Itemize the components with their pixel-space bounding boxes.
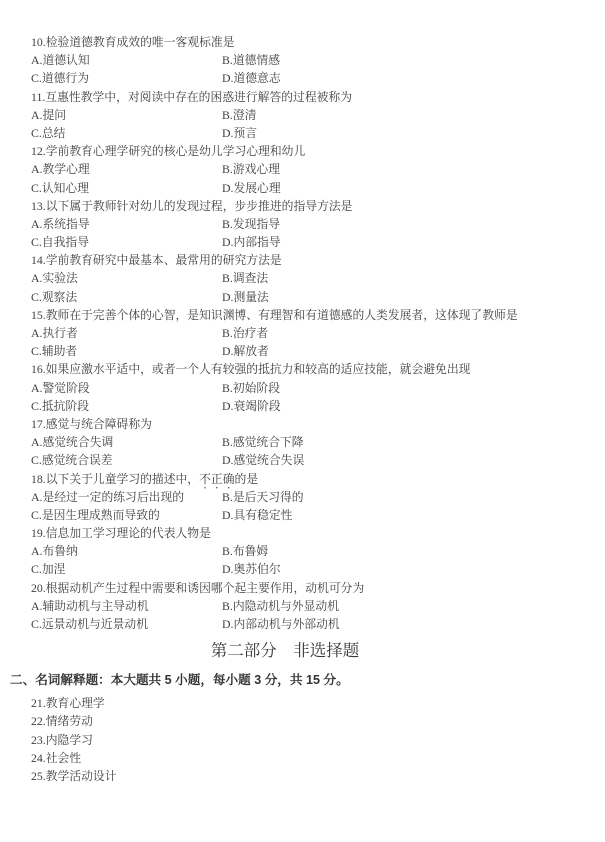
term-list: 21.教育心理学 22.情绪劳动 23.内隐学习 24.社会性 25.教学活动设…	[31, 694, 605, 785]
question-11-options-row-1: A.提问 B.澄清	[31, 106, 605, 124]
term-item-25: 25.教学活动设计	[31, 767, 605, 785]
question-13-options-row-1: A.系统指导 B.发现指导	[31, 215, 605, 233]
question-20-option-d: D.内部动机与外部动机	[222, 615, 340, 633]
question-13-stem: 13.以下属于教师针对幼儿的发现过程，步步推进的指导方法是	[31, 197, 605, 215]
question-12-options-row-2: C.认知心理 D.发展心理	[31, 179, 605, 197]
question-13-option-b: B.发现指导	[222, 215, 280, 233]
question-12-stem: 12.学前教育心理学研究的核心是幼儿学习心理和幼儿	[31, 142, 605, 160]
question-14-option-c: C.观察法	[31, 288, 222, 306]
question-15-stem: 15.教师在于完善个体的心智，是知识渊博、有理智和有道德感的人类发展者，这体现了…	[31, 306, 605, 324]
question-18-option-d: D.具有稳定性	[222, 506, 292, 524]
question-16-option-b: B.初始阶段	[222, 379, 280, 397]
question-18-stem-emphasized: 不正确	[199, 472, 234, 486]
question-15-option-d: D.解放者	[222, 342, 269, 360]
question-18-options-row-1: A.是经过一定的练习后出现的 B.是后天习得的	[31, 488, 605, 506]
question-19-options-row-1: A.布鲁纳 B.布鲁姆	[31, 542, 605, 560]
question-12-option-a: A.教学心理	[31, 160, 222, 178]
question-18-stem: 18.以下关于儿童学习的描述中，不正确的是	[31, 470, 605, 488]
question-13-option-d: D.内部指导	[222, 233, 281, 251]
question-17-stem: 17.感觉与统合障碍称为	[31, 415, 605, 433]
question-11-option-d: D.预言	[222, 124, 257, 142]
question-16-stem: 16.如果应激水平适中，或者一个人有较强的抵抗力和较高的适应技能，就会避免出现	[31, 360, 605, 378]
question-16-option-c: C.抵抗阶段	[31, 397, 222, 415]
question-12-option-c: C.认知心理	[31, 179, 222, 197]
question-10-option-a: A.道德认知	[31, 51, 222, 69]
question-20-options-row-2: C.远景动机与近景动机 D.内部动机与外部动机	[31, 615, 605, 633]
question-10-option-b: B.道德情感	[222, 51, 280, 69]
question-15-option-b: B.治疗者	[222, 324, 268, 342]
question-20-options-row-1: A.辅助动机与主导动机 B.内隐动机与外显动机	[31, 597, 605, 615]
section2-intro: 二、名词解释题：本大题共 5 小题，每小题 3 分，共 15 分。	[10, 671, 605, 690]
question-11-option-c: C.总结	[31, 124, 222, 142]
question-14-stem: 14.学前教育研究中最基本、最常用的研究方法是	[31, 251, 605, 269]
question-11-options-row-2: C.总结 D.预言	[31, 124, 605, 142]
question-10-stem: 10.检验道德教育成效的唯一客观标准是	[31, 33, 605, 51]
question-16-option-a: A.警觉阶段	[31, 379, 222, 397]
question-14-option-b: B.调查法	[222, 269, 268, 287]
question-16-options-row-2: C.抵抗阶段 D.衰竭阶段	[31, 397, 605, 415]
question-18-option-c: C.是因生理成熟而导致的	[31, 506, 222, 524]
question-17-option-b: B.感觉统合下降	[222, 433, 304, 451]
exam-content: 10.检验道德教育成效的唯一客观标准是 A.道德认知 B.道德情感 C.道德行为…	[0, 0, 605, 785]
question-19-option-c: C.加涅	[31, 560, 222, 578]
question-12-option-b: B.游戏心理	[222, 160, 280, 178]
question-16-option-d: D.衰竭阶段	[222, 397, 281, 415]
question-15-options-row-1: A.执行者 B.治疗者	[31, 324, 605, 342]
term-item-23: 23.内隐学习	[31, 731, 605, 749]
question-17-options-row-1: A.感觉统合失调 B.感觉统合下降	[31, 433, 605, 451]
question-11-stem: 11.互惠性教学中，对阅读中存在的困惑进行解答的过程被称为	[31, 88, 605, 106]
question-20-stem: 20.根据动机产生过程中需要和诱因哪个起主要作用，动机可分为	[31, 579, 605, 597]
exam-page: 10.检验道德教育成效的唯一客观标准是 A.道德认知 B.道德情感 C.道德行为…	[0, 0, 605, 842]
question-15-option-a: A.执行者	[31, 324, 222, 342]
question-17-option-c: C.感觉统合误差	[31, 451, 222, 469]
question-20-option-b: B.内隐动机与外显动机	[222, 597, 339, 615]
term-item-21: 21.教育心理学	[31, 694, 605, 712]
question-20-option-a: A.辅助动机与主导动机	[31, 597, 222, 615]
question-14-option-a: A.实验法	[31, 269, 222, 287]
term-item-22: 22.情绪劳动	[31, 712, 605, 730]
question-10-option-c: C.道德行为	[31, 69, 222, 87]
question-11-option-a: A.提问	[31, 106, 222, 124]
question-19-option-a: A.布鲁纳	[31, 542, 222, 560]
question-14-option-d: D.测量法	[222, 288, 269, 306]
question-19-stem: 19.信息加工学习理论的代表人物是	[31, 524, 605, 542]
question-19-option-b: B.布鲁姆	[222, 542, 268, 560]
question-18-option-a: A.是经过一定的练习后出现的	[31, 488, 222, 506]
question-18-options-row-2: C.是因生理成熟而导致的 D.具有稳定性	[31, 506, 605, 524]
question-13-option-a: A.系统指导	[31, 215, 222, 233]
question-18-stem-pre: 18.以下关于儿童学习的描述中，	[31, 472, 199, 486]
question-17-options-row-2: C.感觉统合误差 D.感觉统合失误	[31, 451, 605, 469]
question-18-stem-post: 的是	[235, 472, 259, 486]
question-16-options-row-1: A.警觉阶段 B.初始阶段	[31, 379, 605, 397]
question-15-option-c: C.辅助者	[31, 342, 222, 360]
question-11-option-b: B.澄清	[222, 106, 256, 124]
question-19-options-row-2: C.加涅 D.奥苏伯尔	[31, 560, 605, 578]
question-14-options-row-1: A.实验法 B.调查法	[31, 269, 605, 287]
question-12-option-d: D.发展心理	[222, 179, 281, 197]
question-12-options-row-1: A.教学心理 B.游戏心理	[31, 160, 605, 178]
question-13-option-c: C.自我指导	[31, 233, 222, 251]
question-10-option-d: D.道德意志	[222, 69, 281, 87]
question-13-options-row-2: C.自我指导 D.内部指导	[31, 233, 605, 251]
part2-heading: 第二部分 非选择题	[31, 639, 539, 663]
question-17-option-a: A.感觉统合失调	[31, 433, 222, 451]
question-10-options-row-1: A.道德认知 B.道德情感	[31, 51, 605, 69]
question-10-options-row-2: C.道德行为 D.道德意志	[31, 69, 605, 87]
term-item-24: 24.社会性	[31, 749, 605, 767]
question-20-option-c: C.远景动机与近景动机	[31, 615, 222, 633]
question-15-options-row-2: C.辅助者 D.解放者	[31, 342, 605, 360]
question-18-option-b: B.是后天习得的	[222, 488, 304, 506]
question-19-option-d: D.奥苏伯尔	[222, 560, 281, 578]
question-17-option-d: D.感觉统合失误	[222, 451, 304, 469]
question-14-options-row-2: C.观察法 D.测量法	[31, 288, 605, 306]
